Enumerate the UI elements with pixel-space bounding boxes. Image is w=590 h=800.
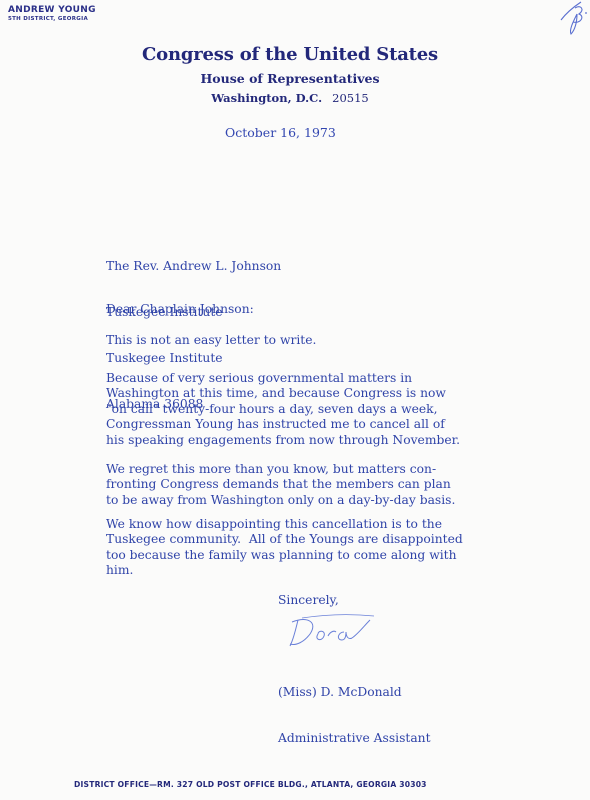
signature-dora-icon [288, 612, 378, 652]
paragraph: We know how disappointing this cancellat… [106, 517, 463, 579]
paragraph: Because of very serious governmental mat… [106, 371, 460, 448]
salutation: Dear Chaplain Johnson: [106, 302, 254, 317]
letterhead-city: Washington, D.C. [211, 91, 322, 105]
closing: Sincerely, [278, 593, 339, 607]
recipient-line: The Rev. Andrew L. Johnson [106, 259, 281, 274]
letterhead-title: Congress of the United States [0, 44, 585, 65]
handwritten-initials-icon [555, 0, 590, 44]
recipient-line: Tuskegee Institute [106, 351, 281, 366]
letterhead-house: House of Representatives [0, 71, 585, 86]
signer-title: Administrative Assistant [278, 731, 431, 746]
letterhead-name: ANDREW YOUNG [8, 5, 96, 15]
signature [288, 612, 378, 656]
letterhead-zip: 20515 [332, 91, 369, 105]
letterhead-district: 5TH DISTRICT, GEORGIA [8, 16, 88, 22]
signer-block: (Miss) D. McDonald Administrative Assist… [278, 654, 431, 762]
letterhead-address: Washington, D.C.20515 [0, 91, 585, 105]
paragraph: We regret this more than you know, but m… [106, 462, 455, 508]
paragraph: This is not an easy letter to write. [106, 333, 316, 348]
letter-date: October 16, 1973 [225, 125, 336, 140]
signer-name: (Miss) D. McDonald [278, 685, 431, 700]
footer-address: DISTRICT OFFICE—RM. 327 OLD POST OFFICE … [74, 780, 427, 789]
